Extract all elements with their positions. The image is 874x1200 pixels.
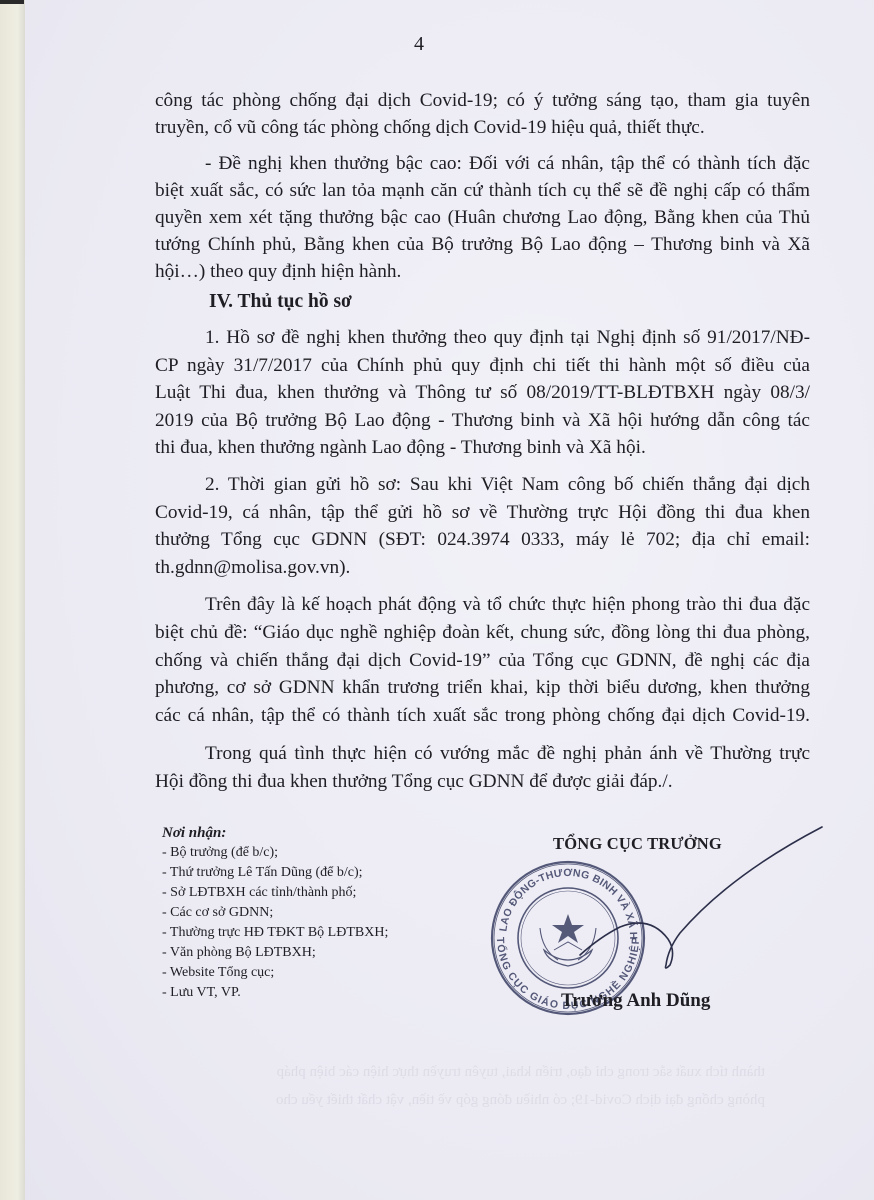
recipients-block: Nơi nhận: - Bộ trưởng (để b/c); - Thứ tr… xyxy=(162,823,388,1003)
recipient-item: - Bộ trưởng (để b/c); xyxy=(162,843,388,863)
body-line: Covid-19, cá nhân, tập thể gửi hồ sơ về … xyxy=(155,502,810,524)
body-line: th.gdnn@molisa.gov.vn). xyxy=(155,557,810,579)
body-line: Trên đây là kế hoạch phát động và tổ chứ… xyxy=(205,594,810,616)
recipient-item: - Sở LĐTBXH các tỉnh/thành phố; xyxy=(162,883,388,903)
body-line: biệt chủ đề: “Giáo dục nghề nghiệp đoàn … xyxy=(155,622,810,644)
body-line: truyền, cổ vũ công tác phòng chống dịch … xyxy=(155,117,810,139)
recipients-title: Nơi nhận: xyxy=(162,823,388,843)
body-line: Luật Thi đua, khen thưởng và Thông tư số… xyxy=(155,382,810,404)
body-line: 2. Thời gian gửi hồ sơ: Sau khi Việt Nam… xyxy=(205,474,810,496)
body-line: Trong quá tình thực hiện có vướng mắc đề… xyxy=(205,743,810,765)
recipient-item: - Các cơ sở GDNN; xyxy=(162,903,388,923)
body-line: các cá nhân, tập thể có thành tích xuất … xyxy=(155,705,810,727)
scan-edge-strip xyxy=(0,0,25,1200)
body-line: công tác phòng chống đại dịch Covid-19; … xyxy=(155,90,810,112)
recipient-item: - Thường trực HĐ TĐKT Bộ LĐTBXH; xyxy=(162,923,388,943)
handwritten-signature-icon xyxy=(560,815,830,975)
signer-name: Trương Anh Dũng xyxy=(561,990,710,1012)
recipient-item: - Thứ trưởng Lê Tấn Dũng (để b/c); xyxy=(162,863,388,883)
body-line: phương, cơ sở GDNN khẩn trương triển kha… xyxy=(155,677,810,699)
body-line: - Đề nghị khen thưởng bậc cao: Đối với c… xyxy=(205,153,810,175)
recipient-item: - Lưu VT, VP. xyxy=(162,983,388,1003)
body-line: 2019 của Bộ trưởng Bộ Lao động - Thương … xyxy=(155,410,810,432)
recipient-item: - Văn phòng Bộ LĐTBXH; xyxy=(162,943,388,963)
body-line: tướng Chính phủ, Bằng khen của Bộ trưởng… xyxy=(155,234,810,256)
page-number: 4 xyxy=(414,33,424,56)
body-line: chống và chiến thắng đại dịch Covid-19” … xyxy=(155,650,810,672)
recipient-item: - Website Tổng cục; xyxy=(162,963,388,983)
body-line: thưởng Tổng cục GDNN (SĐT: 024.3974 0333… xyxy=(155,529,810,551)
body-line: Hội đồng thi đua khen thưởng Tổng cục GD… xyxy=(155,771,810,793)
body-line: biệt xuất sắc, có sức lan tỏa mạnh căn c… xyxy=(155,180,810,202)
body-line: hội…) theo quy định hiện hành. xyxy=(155,261,810,283)
body-line: quyền xem xét tặng thưởng bậc cao (Huân … xyxy=(155,207,810,229)
body-line: thi đua, khen thưởng ngành Lao động - Th… xyxy=(155,437,810,459)
body-line: 1. Hồ sơ đề nghị khen thưởng theo quy đị… xyxy=(205,327,810,349)
section-heading: IV. Thủ tục hồ sơ xyxy=(209,291,352,313)
body-line: CP ngày 31/7/2017 của Chính phủ quy định… xyxy=(155,355,810,377)
scan-corner xyxy=(0,0,24,4)
